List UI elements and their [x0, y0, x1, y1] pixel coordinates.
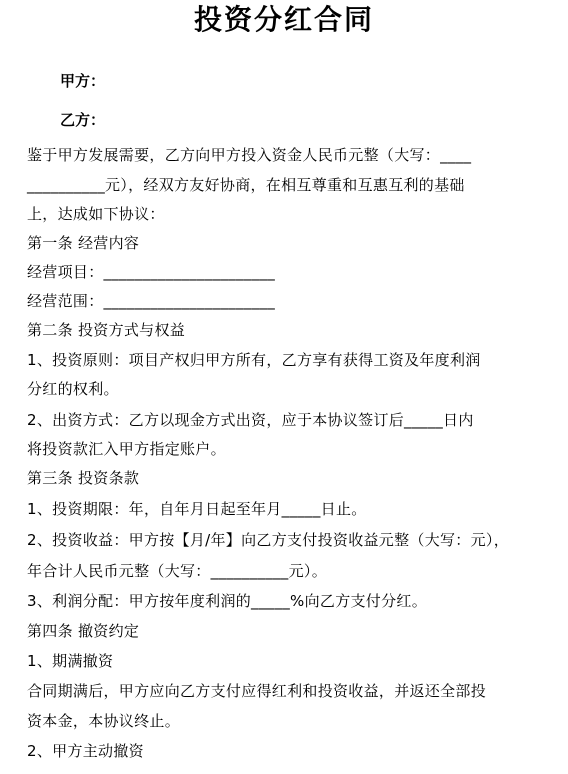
- paragraph-line: 1、投资原则：项目产权归甲方所有，乙方享有获得工资及年度利润: [27, 350, 481, 370]
- party-a-label: 甲方：: [60, 71, 105, 91]
- section-heading: 第一条 经营内容: [27, 233, 139, 253]
- document-title: 投资分红合同: [0, 2, 568, 38]
- paragraph-line: 1、投资期限：年，自年月日起至年月_____日止。: [27, 499, 367, 519]
- section-heading: 第二条 投资方式与权益: [27, 320, 185, 340]
- paragraph-line: 1、期满撤资: [27, 651, 113, 671]
- paragraph-line: 鉴于甲方发展需要，乙方向甲方投入资金人民币元整（大写：____: [27, 145, 471, 165]
- paragraph-line: 经营范围：______________________: [27, 291, 275, 311]
- paragraph-line: 资本金，本协议终止。: [27, 711, 180, 731]
- paragraph-line: __________元），经双方友好协商，在相互尊重和互惠互利的基础: [27, 175, 465, 195]
- paragraph-line: 年合计人民币元整（大写：__________元）。: [27, 561, 327, 581]
- paragraph-line: 2、投资收益：甲方按【月/年】向乙方支付投资收益元整（大写：元），: [27, 530, 509, 550]
- paragraph-line: 经营项目：______________________: [27, 262, 275, 282]
- paragraph-line: 合同期满后，甲方应向乙方支付应得红利和投资收益，并返还全部投: [27, 681, 486, 701]
- paragraph-line: 分红的权利。: [27, 379, 119, 399]
- section-heading: 第四条 撤资约定: [27, 621, 139, 641]
- paragraph-line: 2、出资方式：乙方以现金方式出资，应于本协议签订后_____日内: [27, 410, 474, 430]
- section-heading: 第三条 投资条款: [27, 468, 139, 488]
- paragraph-line: 上，达成如下协议：: [27, 204, 165, 224]
- party-b-label: 乙方：: [60, 110, 105, 130]
- paragraph-line: 3、利润分配：甲方按年度利润的_____%向乙方支付分红。: [27, 591, 427, 611]
- paragraph-line: 2、甲方主动撤资: [27, 741, 144, 761]
- paragraph-line: 将投资款汇入甲方指定账户。: [27, 439, 226, 459]
